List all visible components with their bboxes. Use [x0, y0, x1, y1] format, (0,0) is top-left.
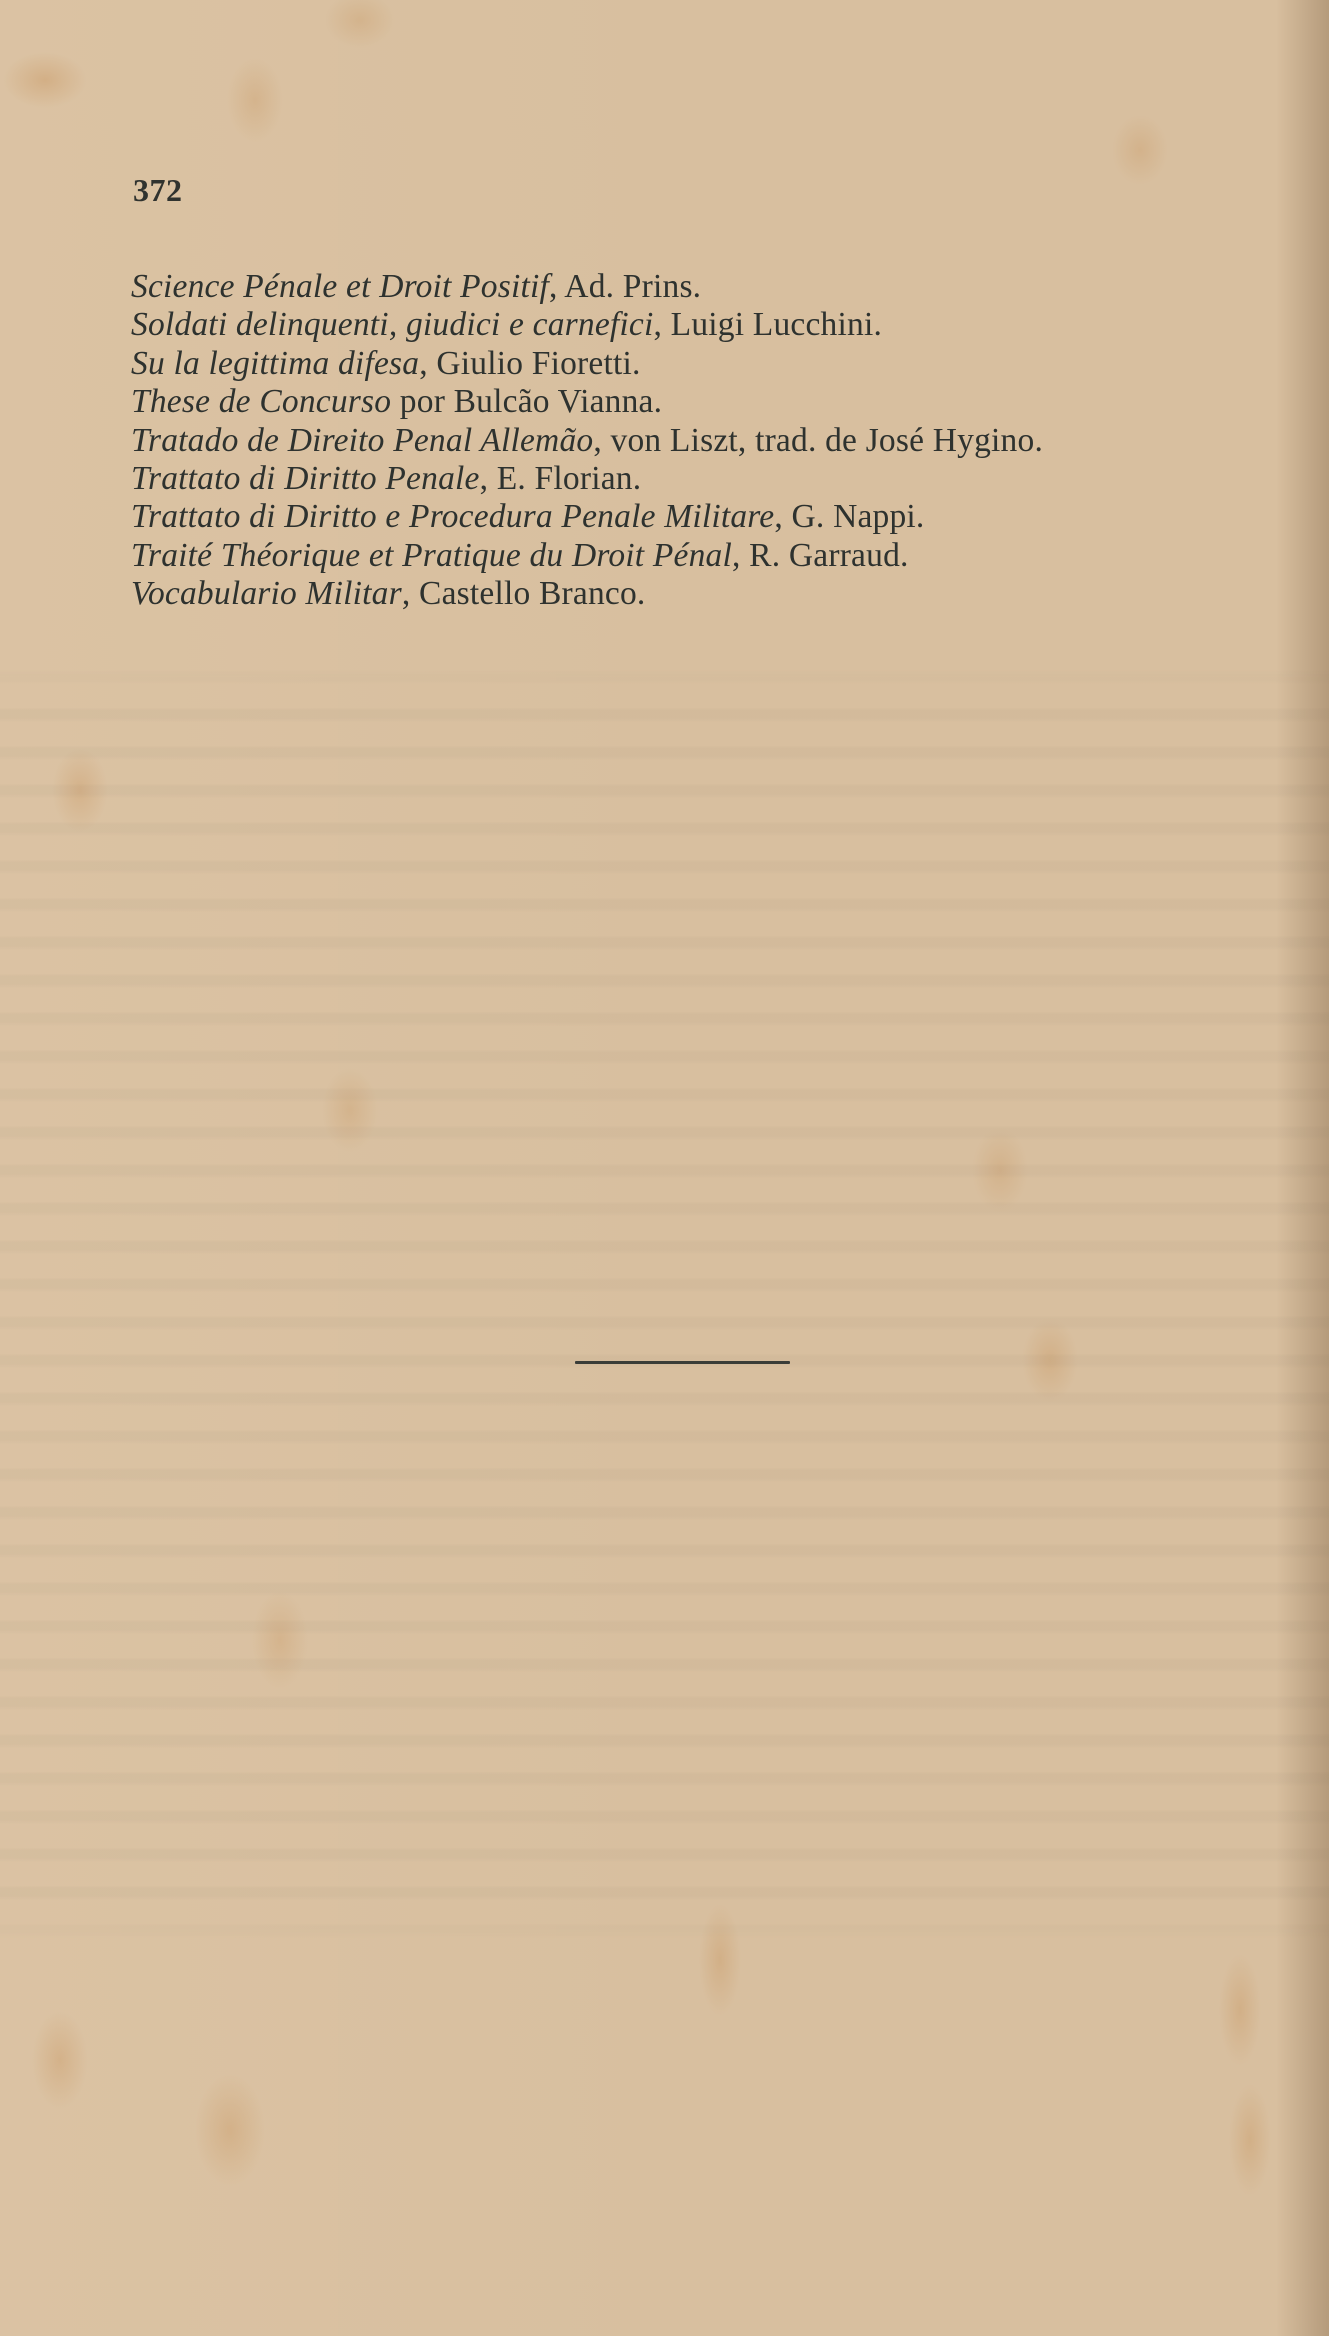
- entry-title: Soldati delinquenti, giudici e carnefici: [131, 306, 654, 343]
- entry-author: , R. Garraud.: [732, 537, 909, 574]
- entry-author: , Giulio Fioretti.: [419, 345, 640, 382]
- bibliography-list: Science Pénale et Droit Positif, Ad. Pri…: [131, 268, 1281, 614]
- bibliography-entry: Su la legittima difesa, Giulio Fioretti.: [131, 345, 1281, 383]
- bibliography-entry: Trattato di Diritto Penale, E. Florian.: [131, 460, 1281, 498]
- entry-title: Traité Théorique et Pratique du Droit Pé…: [131, 537, 732, 574]
- page-number: 372: [133, 170, 183, 210]
- entry-author: , E. Florian.: [480, 460, 642, 497]
- entry-title: Trattato di Diritto Penale: [131, 460, 480, 497]
- entry-author: por Bulcão Vianna.: [391, 383, 662, 420]
- bibliography-entry: Traité Théorique et Pratique du Droit Pé…: [131, 537, 1281, 575]
- section-end-rule: [575, 1361, 790, 1364]
- bibliography-entry: Trattato di Diritto e Procedura Penale M…: [131, 498, 1281, 536]
- entry-title: These de Concurso: [131, 383, 391, 420]
- entry-title: Tratado de Direito Penal Allemão: [131, 422, 593, 459]
- bibliography-entry: These de Concurso por Bulcão Vianna.: [131, 383, 1281, 421]
- bibliography-entry: Soldati delinquenti, giudici e carnefici…: [131, 306, 1281, 344]
- bibliography-entry: Vocabulario Militar, Castello Branco.: [131, 575, 1281, 613]
- bibliography-entry: Science Pénale et Droit Positif, Ad. Pri…: [131, 268, 1281, 306]
- entry-author: , G. Nappi.: [774, 498, 924, 535]
- entry-title: Vocabulario Militar: [131, 575, 402, 612]
- entry-author: , von Liszt, trad. de José Hygino.: [593, 422, 1043, 459]
- entry-author: , Castello Branco.: [402, 575, 646, 612]
- entry-title: Trattato di Diritto e Procedura Penale M…: [131, 498, 774, 535]
- entry-title: Su la legittima difesa: [131, 345, 419, 382]
- bibliography-entry: Tratado de Direito Penal Allemão, von Li…: [131, 422, 1281, 460]
- entry-title: Science Pénale et Droit Positif: [131, 268, 549, 305]
- entry-author: , Luigi Lucchini.: [654, 306, 883, 343]
- entry-author: , Ad. Prins.: [549, 268, 701, 305]
